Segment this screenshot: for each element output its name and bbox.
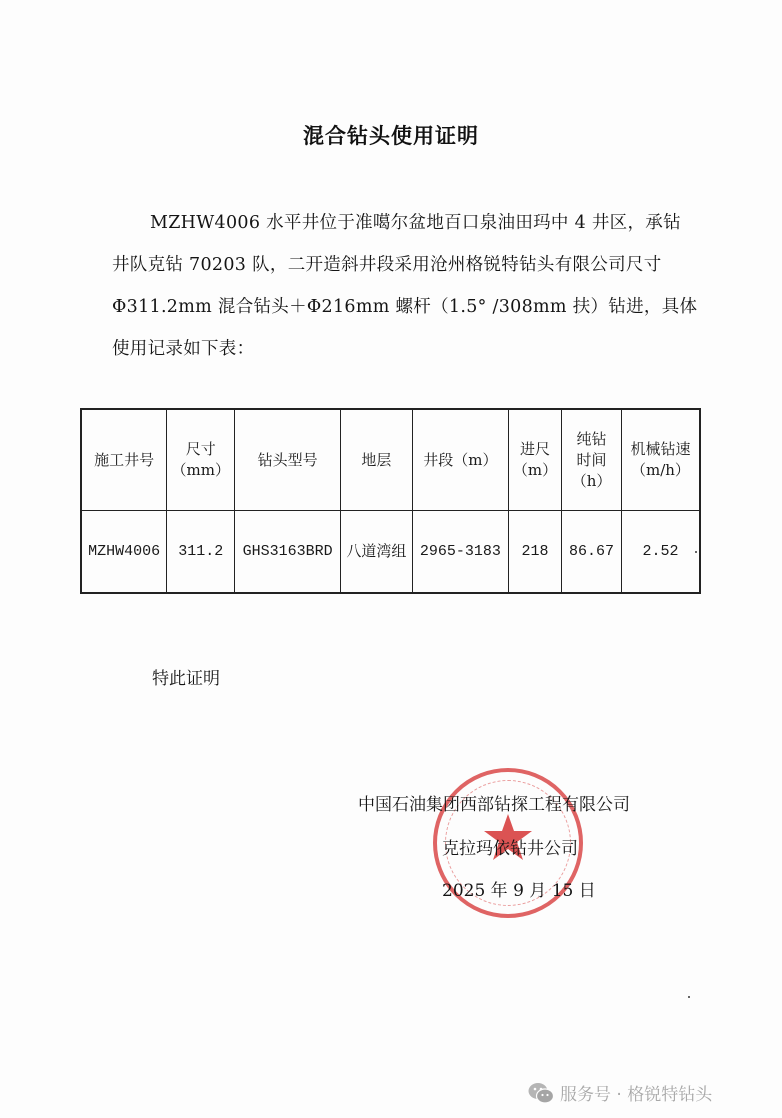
header-formation: 地层 [340,409,412,511]
cell-well-no: MZHW4006 [81,511,167,594]
paragraph-line: 使用记录如下表： [112,328,702,370]
header-well-no: 施工井号 [81,409,167,511]
header-size: 尺寸（mm） [167,409,235,511]
watermark-text: 服务号 · 格锐特钻头 [560,1080,712,1105]
closing-statement: 特此证明 [152,664,220,689]
usage-record-table: 施工井号 尺寸（mm） 钻头型号 地层 井段（m） 进尺（m） 纯钻时间（h） … [80,408,701,594]
header-footage: 进尺（m） [508,409,561,511]
header-text: 纯钻 [566,429,617,450]
document-title: 混合钻头使用证明 [0,120,782,150]
paragraph-line: MZHW4006 水平井位于准噶尔盆地百口泉油田玛中 4 井区，承钻 [112,202,702,244]
scan-mark [695,551,697,553]
header-text: 时间 [566,450,617,471]
cell-rop: 2.52 [621,511,700,594]
scan-mark [688,996,690,998]
header-bit-model: 钻头型号 [235,409,341,511]
body-paragraph: MZHW4006 水平井位于准噶尔盆地百口泉油田玛中 4 井区，承钻 井队克钻 … [112,202,702,370]
header-text: 机械钻速 [626,439,695,460]
signature-date: 2025 年 9 月 15 日 [442,876,596,901]
header-text: 地层 [345,450,408,471]
signature-sub-unit: 克拉玛依钻井公司 [442,834,578,859]
header-interval: 井段（m） [412,409,508,511]
cell-interval: 2965-3183 [412,511,508,594]
header-unit: （m/h） [626,460,695,481]
header-unit: （m） [513,460,557,481]
header-drilling-time: 纯钻时间（h） [562,409,622,511]
header-text: 钻头型号 [239,450,336,471]
paragraph-line: Φ311.2mm 混合钻头＋Φ216mm 螺杆（1.5° /308mm 扶）钻进… [112,286,702,328]
table-row: MZHW4006 311.2 GHS3163BRD 八道湾组 2965-3183… [81,511,700,594]
header-unit: （mm） [171,460,230,481]
cell-formation: 八道湾组 [340,511,412,594]
header-text: 进尺 [513,439,557,460]
cell-size: 311.2 [167,511,235,594]
watermark: 服务号 · 格锐特钻头 [528,1080,712,1105]
cell-footage: 218 [508,511,561,594]
signature-organization: 中国石油集团西部钻探工程有限公司 [358,790,630,815]
header-text: 尺寸 [171,439,230,460]
cell-bit-model: GHS3163BRD [235,511,341,594]
wechat-icon [528,1082,554,1104]
header-unit: （h） [566,471,617,492]
paragraph-line: 井队克钻 70203 队，二开造斜井段采用沧州格锐特钻头有限公司尺寸 [112,244,702,286]
header-text: 施工井号 [86,450,162,471]
cell-drilling-time: 86.67 [562,511,622,594]
table-header-row: 施工井号 尺寸（mm） 钻头型号 地层 井段（m） 进尺（m） 纯钻时间（h） … [81,409,700,511]
header-rop: 机械钻速（m/h） [621,409,700,511]
header-text: 井段（m） [417,450,504,471]
